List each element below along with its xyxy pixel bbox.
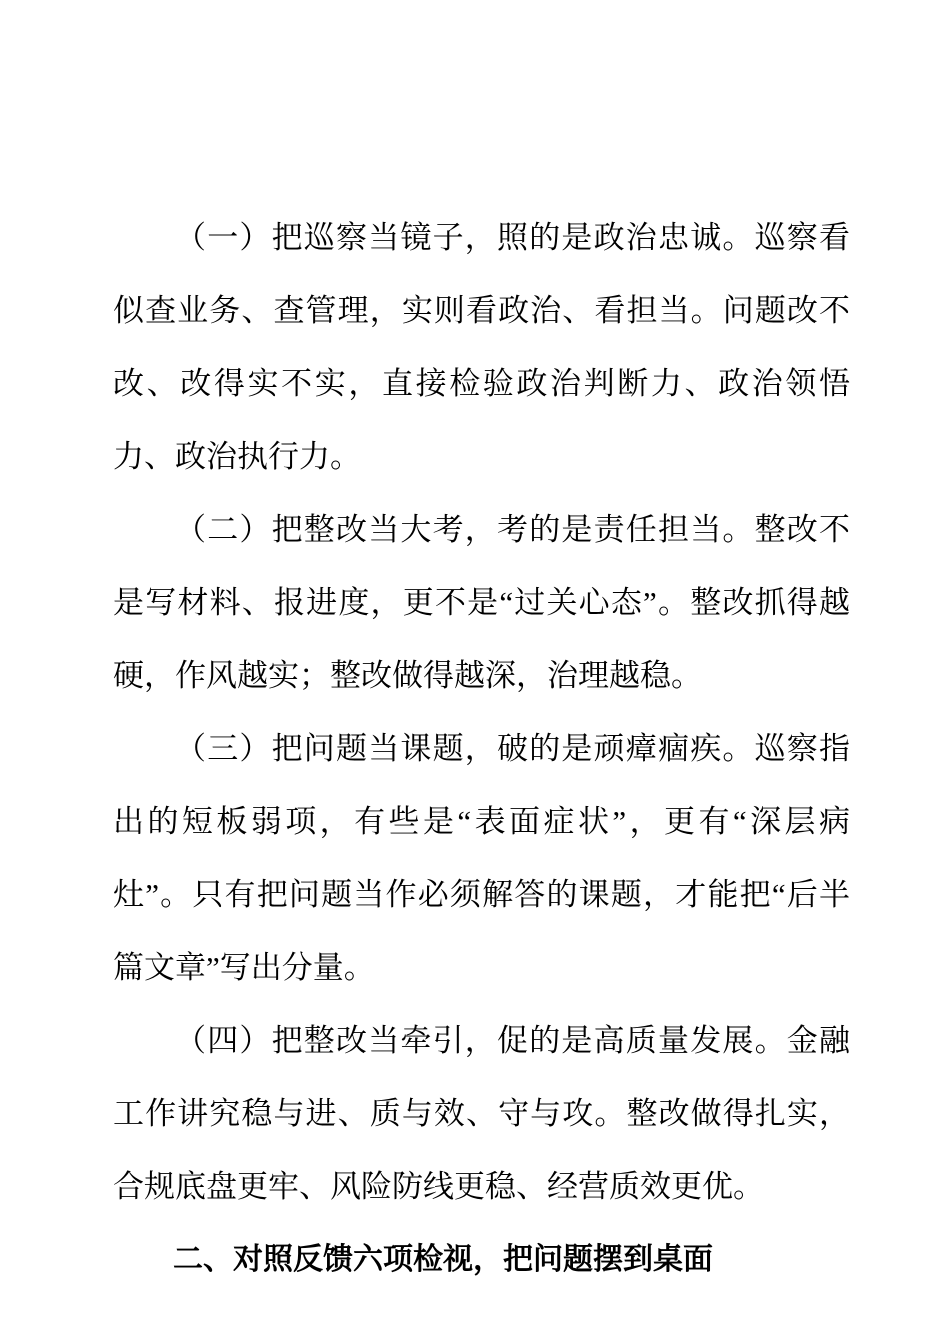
paragraph-point-1: （一）把巡察当镜子，照的是政治忠诚。巡察看似查业务、查管理，实则看政治、看担当。… xyxy=(113,201,850,493)
section-heading: 二、对照反馈六项检视，把问题摆到桌面 xyxy=(113,1223,850,1296)
paragraph-point-3: （三）把问题当课题，破的是顽瘴痼疾。巡察指出的短板弱项，有些是“表面症状”，更有… xyxy=(113,712,850,1004)
paragraph-point-4: （四）把整改当牵引，促的是高质量发展。金融工作讲究稳与进、质与效、守与攻。整改做… xyxy=(113,1004,850,1223)
paragraph-point-2: （二）把整改当大考，考的是责任担当。整改不是写材料、报进度，更不是“过关心态”。… xyxy=(113,493,850,712)
document-page: （一）把巡察当镜子，照的是政治忠诚。巡察看似查业务、查管理，实则看政治、看担当。… xyxy=(0,0,950,1344)
